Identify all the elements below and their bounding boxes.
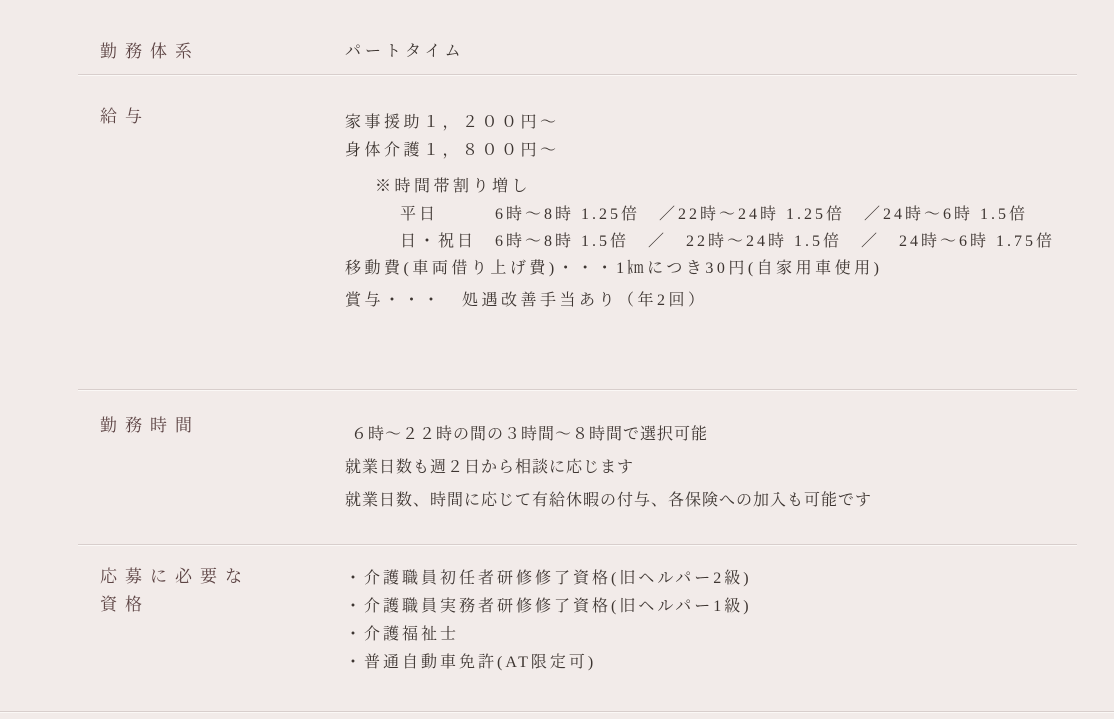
detail-line: 就業日数、時間に応じて有給休暇の付与、各保険への加入も可能です — [345, 484, 1077, 517]
section-work-system: 勤務体系 パートタイム — [78, 0, 1077, 74]
section-content: パートタイム — [345, 40, 1077, 64]
section-label: 応募に必要な 資格 — [78, 563, 345, 619]
detail-line: 平日 6時～8時 1.25倍 ／22時～24時 1.25倍 ／24時～6時 1.… — [345, 201, 1077, 228]
detail-line: 日・祝日 6時～8時 1.5倍 ／ 22時～24時 1.5倍 ／ 24時～6時 … — [345, 228, 1077, 255]
job-listing-page: { "page": { "background": "#f2ebe9", "la… — [0, 0, 1114, 719]
detail-line: ・介護職員実務者研修修了資格(旧ヘルパー1級) — [345, 593, 1077, 621]
section-content: ６時～２２時の間の３時間～８時間で選択可能就業日数も週２日から相談に応じます就業… — [345, 412, 1077, 517]
detail-line: 家事援助１，２００円～ — [345, 109, 1077, 137]
job-details-table: 勤務体系 パートタイム 給与 家事援助１，２００円～身体介護１，８００円～※時間… — [78, 0, 1077, 707]
detail-line: 賞与・・・ 処遇改善手当あり（年2回） — [345, 287, 1077, 315]
detail-line: ・普通自動車免許(AT限定可) — [345, 649, 1077, 677]
detail-line: ※時間帯割り増し — [345, 173, 1077, 201]
detail-line: パートタイム — [345, 40, 1077, 64]
section-label: 勤務体系 — [78, 40, 345, 64]
section-content: ・介護職員初任者研修修了資格(旧ヘルパー2級)・介護職員実務者研修修了資格(旧ヘ… — [345, 563, 1077, 677]
section-label: 給与 — [78, 103, 345, 131]
detail-line: 移動費(車両借り上げ費)・・・1㎞につき30円(自家用車使用) — [345, 255, 1077, 283]
page-bottom-divider — [0, 711, 1114, 713]
section-salary: 給与 家事援助１，２００円～身体介護１，８００円～※時間帯割り増し平日 6時～8… — [78, 74, 1077, 389]
section-label: 勤務時間 — [78, 412, 345, 440]
section-qualifications: 応募に必要な 資格 ・介護職員初任者研修修了資格(旧ヘルパー2級)・介護職員実務… — [78, 544, 1077, 707]
detail-line: ・介護職員初任者研修修了資格(旧ヘルパー2級) — [345, 565, 1077, 593]
detail-line: ６時～２２時の間の３時間～８時間で選択可能 — [345, 418, 1077, 451]
section-content: 家事援助１，２００円～身体介護１，８００円～※時間帯割り増し平日 6時～8時 1… — [345, 103, 1077, 315]
detail-line: 就業日数も週２日から相談に応じます — [345, 451, 1077, 484]
section-hours: 勤務時間 ６時～２２時の間の３時間～８時間で選択可能就業日数も週２日から相談に応… — [78, 389, 1077, 544]
detail-line: ・介護福祉士 — [345, 621, 1077, 649]
detail-line: 身体介護１，８００円～ — [345, 137, 1077, 165]
